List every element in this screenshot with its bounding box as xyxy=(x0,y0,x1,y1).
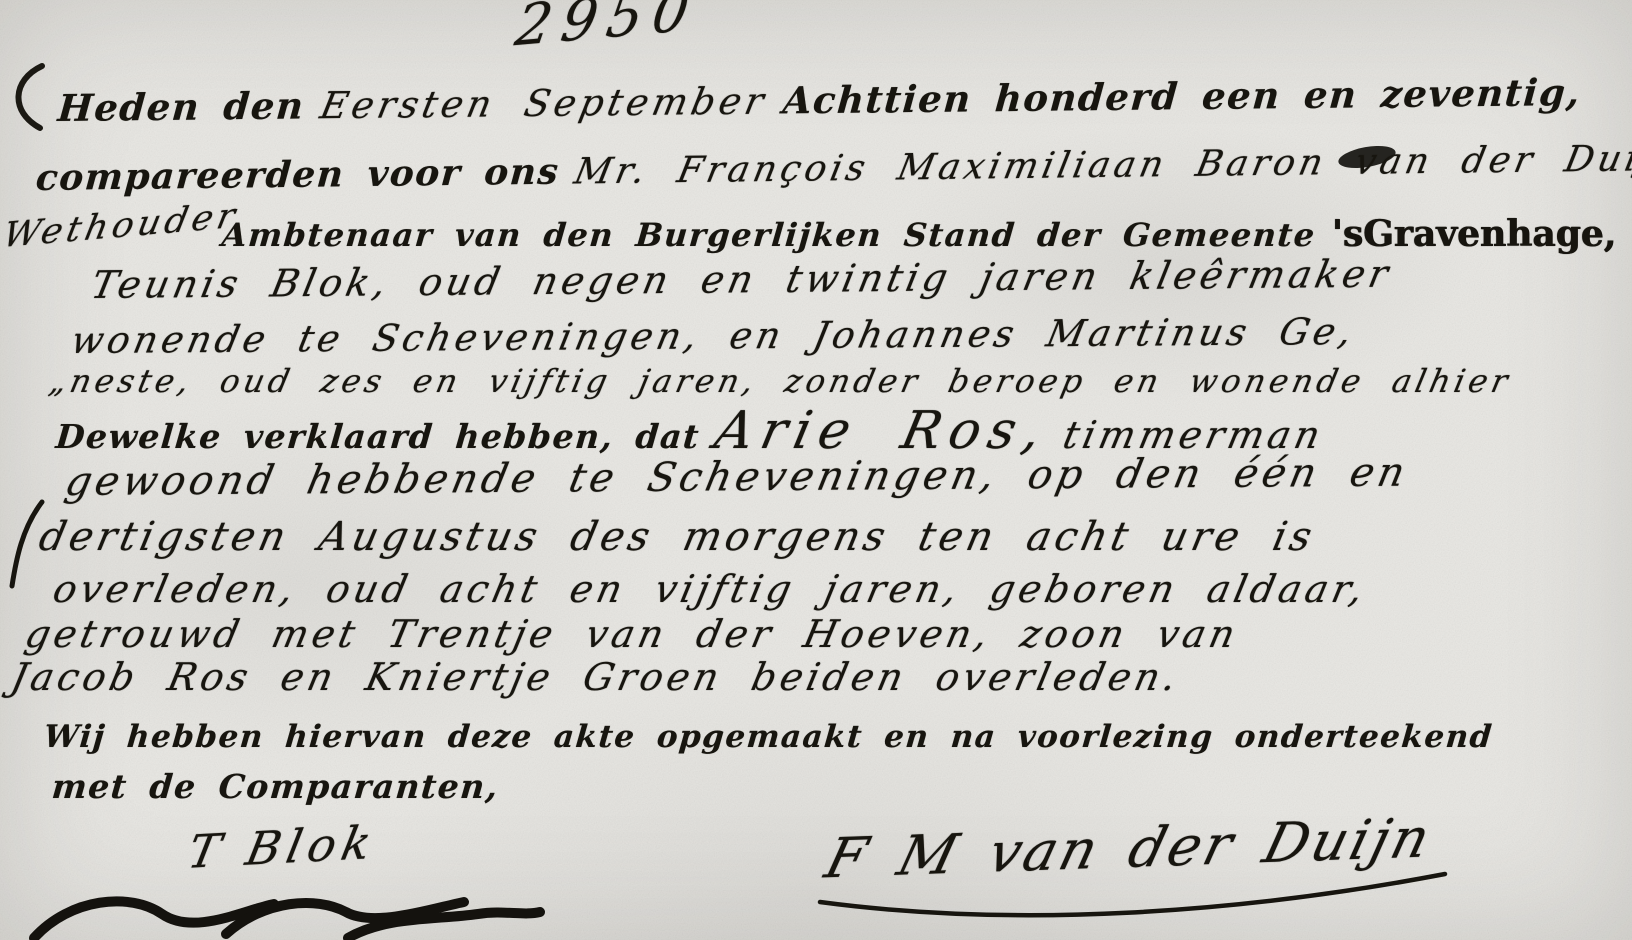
text-segment-hand: dertigsten Augustus des morgens ten acht… xyxy=(35,514,1320,560)
text-segment-hand: Mr. François Maximiliaan Baron van der D… xyxy=(571,138,1632,193)
document-line-11: getrouwd met Trentje van der Hoeven, zoo… xyxy=(26,612,1238,656)
act-number: 2950 xyxy=(511,0,703,60)
document-line-13: Wij hebben hiervan deze akte opgemaakt e… xyxy=(44,719,1493,755)
text-segment-print: Dewelke verklaard hebben, dat xyxy=(54,417,701,456)
document-scan: 2950 Heden denEersten SeptemberAchttien … xyxy=(0,0,1632,940)
text-segment-hand: Jacob Ros en Kniertje Groen beiden overl… xyxy=(7,655,1184,699)
signature-declarant: T Blok xyxy=(184,815,382,879)
document-line-1: Heden denEersten SeptemberAchttien honde… xyxy=(58,70,1581,130)
document-line-5: wonende te Scheveningen, en Johannes Mar… xyxy=(72,310,1355,362)
text-segment-print: Wij hebben hiervan deze akte opgemaakt e… xyxy=(42,719,1494,755)
text-segment-hand: overleden, oud acht en vijftig jaren, ge… xyxy=(49,567,1371,611)
document-line-9: dertigsten Augustus des morgens ten acht… xyxy=(40,514,1315,560)
text-segment-hand: gewoond hebbende te Scheveningen, op den… xyxy=(61,450,1412,505)
document-line-10: overleden, oud acht en vijftig jaren, ge… xyxy=(54,567,1366,611)
document-line-12: Jacob Ros en Kniertje Groen beiden overl… xyxy=(12,655,1180,699)
text-segment-print: Heden den xyxy=(56,83,306,130)
binding-mark xyxy=(2,60,56,136)
text-segment-hand: Wethouder xyxy=(0,196,242,256)
text-segment-print: Ambtenaar van den Burgerlijken Stand der… xyxy=(220,216,1317,254)
document-line-14: met de Comparanten, xyxy=(52,767,499,806)
text-segment-print: compareerden voor ons xyxy=(34,151,561,199)
text-segment-hand: „neste, oud zes en vijftig jaren, zonder… xyxy=(46,362,1515,400)
partial-signature-stroke xyxy=(12,888,572,940)
document-line-3: WethouderAmbtenaar van den Burgerlijken … xyxy=(6,213,1616,255)
text-segment-print: met de Comparanten, xyxy=(50,767,500,806)
document-line-6: „neste, oud zes en vijftig jaren, zonder… xyxy=(50,362,1511,400)
text-segment-hand: wonende te Scheveningen, en Johannes Mar… xyxy=(68,310,1360,362)
text-segment-hand: getrouwd met Trentje van der Hoeven, zoo… xyxy=(21,612,1243,656)
signature-official: F M van der Duijn xyxy=(819,806,1439,891)
document-line-8: gewoond hebbende te Scheveningen, op den… xyxy=(66,450,1408,505)
text-segment-hand: Eersten September xyxy=(316,80,771,128)
text-segment-hand: Teunis Blok, oud negen en twintig jaren … xyxy=(88,252,1396,307)
text-segment-gothic: 'sGravenhage, xyxy=(1332,213,1616,255)
document-line-2: compareerden voor onsMr. François Maximi… xyxy=(36,137,1632,199)
text-segment-print: Achttien honderd een en zeventig, xyxy=(781,70,1582,122)
document-line-4: Teunis Blok, oud negen en twintig jaren … xyxy=(92,252,1392,307)
